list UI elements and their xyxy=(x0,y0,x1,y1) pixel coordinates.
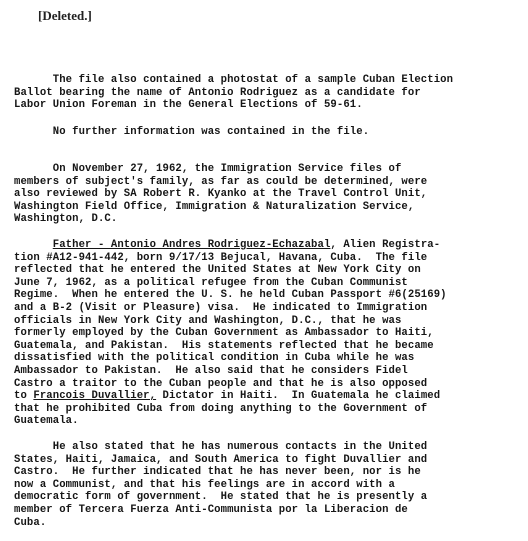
text-line: States, Haiti, Jamaica, and South Americ… xyxy=(14,454,427,466)
text-line: Ballot bearing the name of Antonio Rodri… xyxy=(14,87,421,99)
text-line: now a Communist, and that his feelings a… xyxy=(14,479,395,491)
document-page: [Deleted.] The file also contained a pho… xyxy=(0,0,528,541)
text-line: He also stated that he has numerous cont… xyxy=(14,441,427,453)
text-line: dissatisfied with the political conditio… xyxy=(14,352,414,364)
text-line: Ambassador to Pakistan. He also said tha… xyxy=(14,365,408,377)
text-line: democratic form of government. He stated… xyxy=(14,491,427,503)
text-line: June 7, 1962, as a political refugee fro… xyxy=(14,277,408,289)
text-line: Cuba. xyxy=(14,517,46,529)
paragraph-immigration-review: On November 27, 1962, the Immigration Se… xyxy=(14,163,427,226)
text-line: Washington Field Office, Immigration & N… xyxy=(14,201,414,213)
text-line: and a B-2 (Visit or Pleasure) visa. He i… xyxy=(14,302,427,314)
text-line: officials in New York City and Washingto… xyxy=(14,315,401,327)
text-line: Labor Union Foreman in the General Elect… xyxy=(14,99,363,111)
text-line: Guatemala, and Pakistan. His statements … xyxy=(14,340,434,352)
text-line: formerly employed by the Cuban Governmen… xyxy=(14,327,434,339)
paragraph-contacts: He also stated that he has numerous cont… xyxy=(14,441,427,529)
text-line: Guatemala. xyxy=(14,415,79,427)
text-line: On November 27, 1962, the Immigration Se… xyxy=(14,163,401,175)
father-heading: Father - Antonio Andres Rodriguez-Echaza… xyxy=(53,239,331,251)
text-line: , Alien Registra- xyxy=(330,239,440,251)
text-line: that he prohibited Cuba from doing anyth… xyxy=(14,403,427,415)
text-line: No further information was contained in … xyxy=(14,126,369,138)
duvallier-name: Francois Duvallier, xyxy=(33,390,156,402)
paragraph-father: Father - Antonio Andres Rodriguez-Echaza… xyxy=(14,239,447,428)
redaction-marker: [Deleted.] xyxy=(38,8,92,24)
text-line: Regime. When he entered the U. S. he hel… xyxy=(14,289,447,301)
text-line: The file also contained a photostat of a… xyxy=(14,74,453,86)
text-line: members of subject's family, as far as c… xyxy=(14,176,427,188)
text-line: to xyxy=(14,390,33,402)
text-line: Dictator in Haiti. In Guatemala he claim… xyxy=(156,390,440,402)
text-line: Castro. He further indicated that he has… xyxy=(14,466,421,478)
text-line: Castro a traitor to the Cuban people and… xyxy=(14,378,427,390)
text-line: member of Tercera Fuerza Anti-Communista… xyxy=(14,504,408,516)
text-line: also reviewed by SA Robert R. Kyanko at … xyxy=(14,188,427,200)
paragraph-ballot: The file also contained a photostat of a… xyxy=(14,74,453,112)
text-line: Washington, D.C. xyxy=(14,213,117,225)
text-line: reflected that he entered the United Sta… xyxy=(14,264,421,276)
paragraph-no-further: No further information was contained in … xyxy=(14,126,369,139)
text-line: tion #A12-941-442, born 9/17/13 Bejucal,… xyxy=(14,252,427,264)
